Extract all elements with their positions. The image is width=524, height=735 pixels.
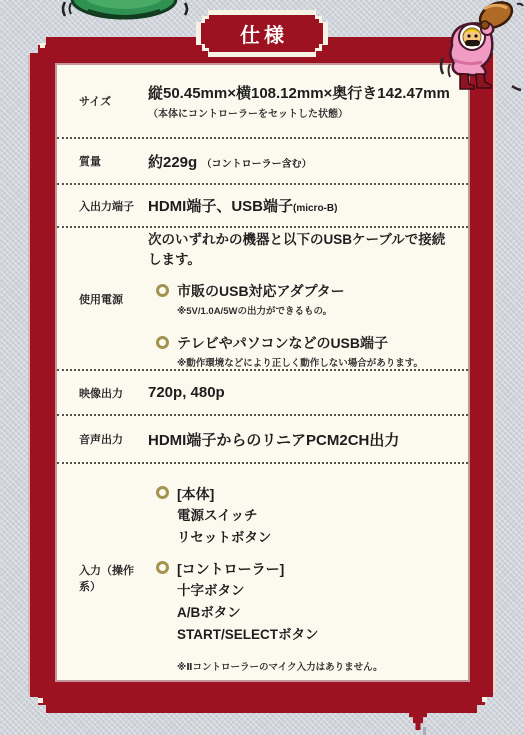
spec-row-input: 入力（操作系） [本体] 電源スイッチ リセットボタン [コントローラー] 十字… (57, 464, 468, 691)
spec-row-weight: 質量 約229g （コントローラー含む） (57, 139, 468, 185)
spec-value-video: 720p, 480p (148, 384, 225, 401)
spec-label-power: 使用電源 (79, 291, 148, 307)
spec-row-audio: 音声出力 HDMI端子からのリニアPCM2CH出力 (57, 416, 468, 464)
spec-row-power: 使用電源 次のいずれかの機器と以下のUSBケーブルで接続します。 市販のUSB対… (57, 228, 468, 371)
input-item-ab-buttons: A/Bボタン (177, 602, 450, 624)
power-option-adapter-note: ※5V/1.0A/5Wの出力ができるもの。 (177, 303, 450, 317)
spec-value-io: HDMI端子、USB端子 (148, 198, 293, 215)
power-option-adapter: 市販のUSB対応アダプター ※5V/1.0A/5Wの出力ができるもの。 (148, 281, 450, 317)
spec-label-input: 入力（操作系） (79, 562, 148, 594)
input-group-console-title: [本体] (177, 483, 214, 505)
spec-label-audio: 音声出力 (79, 431, 148, 447)
input-group-controller-title: [コントローラー] (177, 558, 284, 580)
spec-note-io: (micro-B) (293, 203, 337, 214)
spec-card: サイズ 縦50.45mm×横108.12mm×奥行き142.47mm （本体にコ… (55, 63, 470, 682)
spec-row-size: サイズ 縦50.45mm×横108.12mm×奥行き142.47mm （本体にコ… (57, 65, 468, 139)
ring-bullet-icon (156, 284, 169, 297)
power-option-adapter-title: 市販のUSB対応アダプター (177, 281, 345, 301)
spec-label-weight: 質量 (79, 153, 148, 169)
input-item-start-select: START/SELECTボタン (177, 624, 450, 646)
spec-value-weight: 約229g (148, 154, 197, 171)
section-title-banner-inner: 仕様 (201, 15, 323, 52)
ring-bullet-icon (156, 561, 169, 574)
spec-note-weight: （コントローラー含む） (202, 159, 312, 170)
turtle-shell-icon (58, 0, 194, 26)
input-group-controller: [コントローラー] 十字ボタン A/Bボタン START/SELECTボタン (148, 558, 450, 646)
section-title-banner: 仕様 (196, 10, 328, 57)
power-intro-text: 次のいずれかの機器と以下のUSBケーブルで接続します。 (148, 228, 450, 268)
decor-pixel-bottom-right (482, 697, 487, 702)
decor-pixel-bottom-left (38, 698, 43, 703)
hammer-character-icon (438, 0, 524, 94)
ring-bullet-icon (156, 486, 169, 499)
power-option-usb: テレビやパソコンなどのUSB端子 ※動作環境などにより正しく動作しない場合があり… (148, 333, 450, 369)
spec-value-audio: HDMI端子からのリニアPCM2CH出力 (148, 432, 399, 449)
input-item-power-switch: 電源スイッチ (177, 505, 450, 527)
spec-value-size: 縦50.45mm×横108.12mm×奥行き142.47mm (148, 82, 450, 103)
frame-right-highlight (493, 55, 496, 693)
power-option-usb-note: ※動作環境などにより正しく動作しない場合があります。 (177, 355, 450, 369)
controller-mic-note: ※Ⅱコントローラーのマイク入力はありません。 (177, 659, 450, 673)
input-group-console: [本体] 電源スイッチ リセットボタン (148, 483, 450, 549)
spec-note-size: （本体にコントローラーをセットした状態） (148, 105, 450, 120)
spec-label-size: サイズ (79, 93, 148, 109)
input-item-dpad: 十字ボタン (177, 580, 450, 602)
spec-page: { "banner": { "title": "仕様" }, "colors":… (0, 0, 524, 735)
spec-label-video: 映像出力 (79, 385, 148, 401)
spec-row-io: 入出力端子 HDMI端子、USB端子(micro-B) (57, 185, 468, 228)
frame-left-highlight (28, 55, 30, 695)
ring-bullet-icon (156, 336, 169, 349)
frame-drip-shadow (423, 727, 426, 735)
power-option-usb-title: テレビやパソコンなどのUSB端子 (177, 333, 388, 353)
decor-pixel-top-left (40, 43, 45, 48)
spec-row-video: 映像出力 720p, 480p (57, 371, 468, 416)
input-item-reset-button: リセットボタン (177, 527, 450, 549)
spec-label-io: 入出力端子 (79, 198, 148, 214)
page-title: 仕様 (236, 19, 288, 48)
